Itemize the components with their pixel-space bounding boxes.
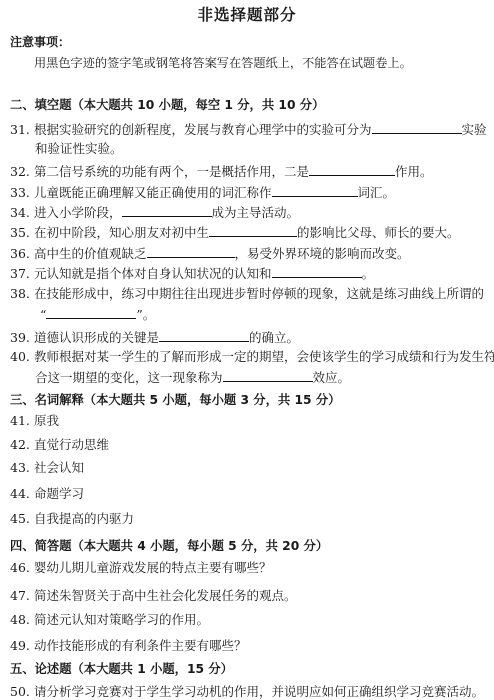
- question-text: 第二信号系统的功能有两个，一是概括作用，二是: [34, 164, 309, 179]
- question-number: 33.: [10, 185, 34, 201]
- question-46: 46.婴幼儿期儿童游戏发展的特点主要有哪些？: [10, 560, 272, 576]
- question-number: 40.: [10, 349, 34, 365]
- question-text-after: 。: [362, 266, 375, 281]
- answer-blank: [122, 204, 212, 217]
- answer-blank: [272, 265, 362, 278]
- section-fill-blank-heading: 二、填空题（本大题共 10 小题，每空 1 分，共 10 分）: [10, 97, 324, 113]
- answer-blank: [309, 163, 395, 176]
- question-text: 儿童既能正确理解又能正确使用的词汇称作: [34, 185, 272, 200]
- answer-blank: [147, 245, 235, 258]
- question-49: 49.动作技能形成的有利条件主要有哪些？: [10, 638, 247, 654]
- question-text: 根据实验研究的创新程度，发展与教育心理学中的实验可分为: [34, 122, 372, 137]
- question-text: 简述元认知对策略学习的作用。: [34, 612, 209, 627]
- question-number: 39.: [10, 330, 34, 346]
- question-45: 45.自我提高的内驱力: [10, 511, 134, 527]
- question-number: 41.: [10, 413, 34, 429]
- question-text-after: 效应。: [313, 370, 351, 385]
- question-number: 47.: [10, 588, 34, 604]
- question-text: 合这一期望的变化，这一现象称为: [35, 370, 223, 385]
- close-quote: ”。: [136, 307, 155, 322]
- answer-blank: [223, 369, 313, 382]
- question-text: 自我提高的内驱力: [34, 511, 134, 526]
- question-text-after: 的影响比父母、师长的要大。: [297, 225, 460, 240]
- question-text: 元认知就是指个体对自身认知状况的认知和: [34, 266, 272, 281]
- question-50: 50.请分析学习竞赛对于学生学习动机的作用，并说明应如何正确组织学习竞赛活动。: [10, 684, 484, 700]
- answer-blank: [159, 329, 249, 342]
- question-text: 在技能形成中，练习中期往往出现进步暂时停顿的现象，这就是练习曲线上所谓的: [34, 286, 484, 301]
- answer-blank: [372, 121, 462, 134]
- question-number: 46.: [10, 560, 34, 576]
- question-text-after: 成为主导活动。: [212, 205, 300, 220]
- question-text: 道德认识形成的关键是: [34, 330, 159, 345]
- question-34: 34.进入小学阶段，成为主导活动。: [10, 204, 299, 221]
- question-number: 34.: [10, 205, 34, 221]
- page-title: 非选择题部分: [0, 3, 494, 25]
- question-text: 婴幼儿期儿童游戏发展的特点主要有哪些？: [34, 560, 272, 575]
- question-number: 48.: [10, 612, 34, 628]
- question-number: 49.: [10, 638, 34, 654]
- question-36: 36.高中生的价值观缺乏，易受外界环境的影响而改变。: [10, 245, 410, 262]
- answer-blank: [209, 224, 297, 237]
- question-text: 简述朱智贤关于高中生社会化发展任务的观点。: [34, 588, 297, 603]
- question-31-continuation: 和验证性实验。: [35, 141, 123, 157]
- question-42: 42.直觉行动思维: [10, 437, 109, 453]
- question-37: 37.元认知就是指个体对自身认知状况的认知和。: [10, 265, 374, 282]
- question-number: 36.: [10, 246, 34, 262]
- question-number: 32.: [10, 164, 34, 180]
- section-term-definition-heading: 三、名词解释（本大题共 5 小题，每小题 3 分，共 15 分）: [10, 392, 340, 408]
- question-text: 社会认知: [34, 460, 84, 475]
- question-text: 请分析学习竞赛对于学生学习动机的作用，并说明应如何正确组织学习竞赛活动。: [34, 684, 484, 699]
- answer-blank: [46, 306, 136, 319]
- question-text-after: ，易受外界环境的影响而改变。: [235, 246, 410, 261]
- question-text-after: 实验: [462, 122, 487, 137]
- question-number: 35.: [10, 225, 34, 241]
- question-number: 45.: [10, 511, 34, 527]
- question-text-after: 作用。: [395, 164, 433, 179]
- question-number: 31.: [10, 122, 34, 138]
- question-number: 43.: [10, 460, 34, 476]
- question-text: 进入小学阶段，: [34, 205, 122, 220]
- question-43: 43.社会认知: [10, 460, 84, 476]
- question-44: 44.命题学习: [10, 486, 84, 502]
- notice-heading: 注意事项：: [10, 34, 70, 50]
- question-35: 35.在初中阶段，知心朋友对初中生的影响比父母、师长的要大。: [10, 224, 460, 241]
- question-text: 直觉行动思维: [34, 437, 109, 452]
- question-text-after: 词汇。: [358, 185, 396, 200]
- question-text: 在初中阶段，知心朋友对初中生: [34, 225, 209, 240]
- question-text: 高中生的价值观缺乏: [34, 246, 147, 261]
- question-39: 39.道德认识形成的关键是的确立。: [10, 329, 299, 346]
- question-33: 33.儿童既能正确理解又能正确使用的词汇称作词汇。: [10, 184, 395, 201]
- notice-text: 用黑色字迹的签字笔或钢笔将答案写在答题纸上，不能答在试题卷上。: [34, 55, 412, 71]
- question-number: 42.: [10, 437, 34, 453]
- question-38: 38.在技能形成中，练习中期往往出现进步暂时停顿的现象，这就是练习曲线上所谓的: [10, 286, 484, 302]
- question-number: 44.: [10, 486, 34, 502]
- question-number: 50.: [10, 684, 34, 700]
- question-number: 37.: [10, 266, 34, 282]
- question-text: 动作技能形成的有利条件主要有哪些？: [34, 638, 247, 653]
- question-text-after: 的确立。: [249, 330, 299, 345]
- question-38-continuation: “”。: [40, 306, 155, 323]
- section-essay-heading: 五、论述题（本大题共 1 小题，15 分）: [10, 661, 233, 677]
- question-48: 48.简述元认知对策略学习的作用。: [10, 612, 209, 628]
- question-31: 31.根据实验研究的创新程度，发展与教育心理学中的实验可分为实验: [10, 121, 487, 138]
- question-47: 47.简述朱智贤关于高中生社会化发展任务的观点。: [10, 588, 297, 604]
- question-text: 命题学习: [34, 486, 84, 501]
- question-40: 40.教师根据对某一学生的了解而形成一定的期望，会使该学生的学习成绩和行为发生符: [10, 349, 494, 365]
- answer-blank: [272, 184, 358, 197]
- question-number: 38.: [10, 286, 34, 302]
- question-40-continuation: 合这一期望的变化，这一现象称为效应。: [35, 369, 350, 386]
- section-short-answer-heading: 四、简答题（本大题共 4 小题，每小题 5 分，共 20 分）: [10, 538, 328, 554]
- question-41: 41.原我: [10, 413, 59, 429]
- question-text: 教师根据对某一学生的了解而形成一定的期望，会使该学生的学习成绩和行为发生符: [34, 349, 494, 364]
- question-32: 32.第二信号系统的功能有两个，一是概括作用，二是作用。: [10, 163, 433, 180]
- question-text: 原我: [34, 413, 59, 428]
